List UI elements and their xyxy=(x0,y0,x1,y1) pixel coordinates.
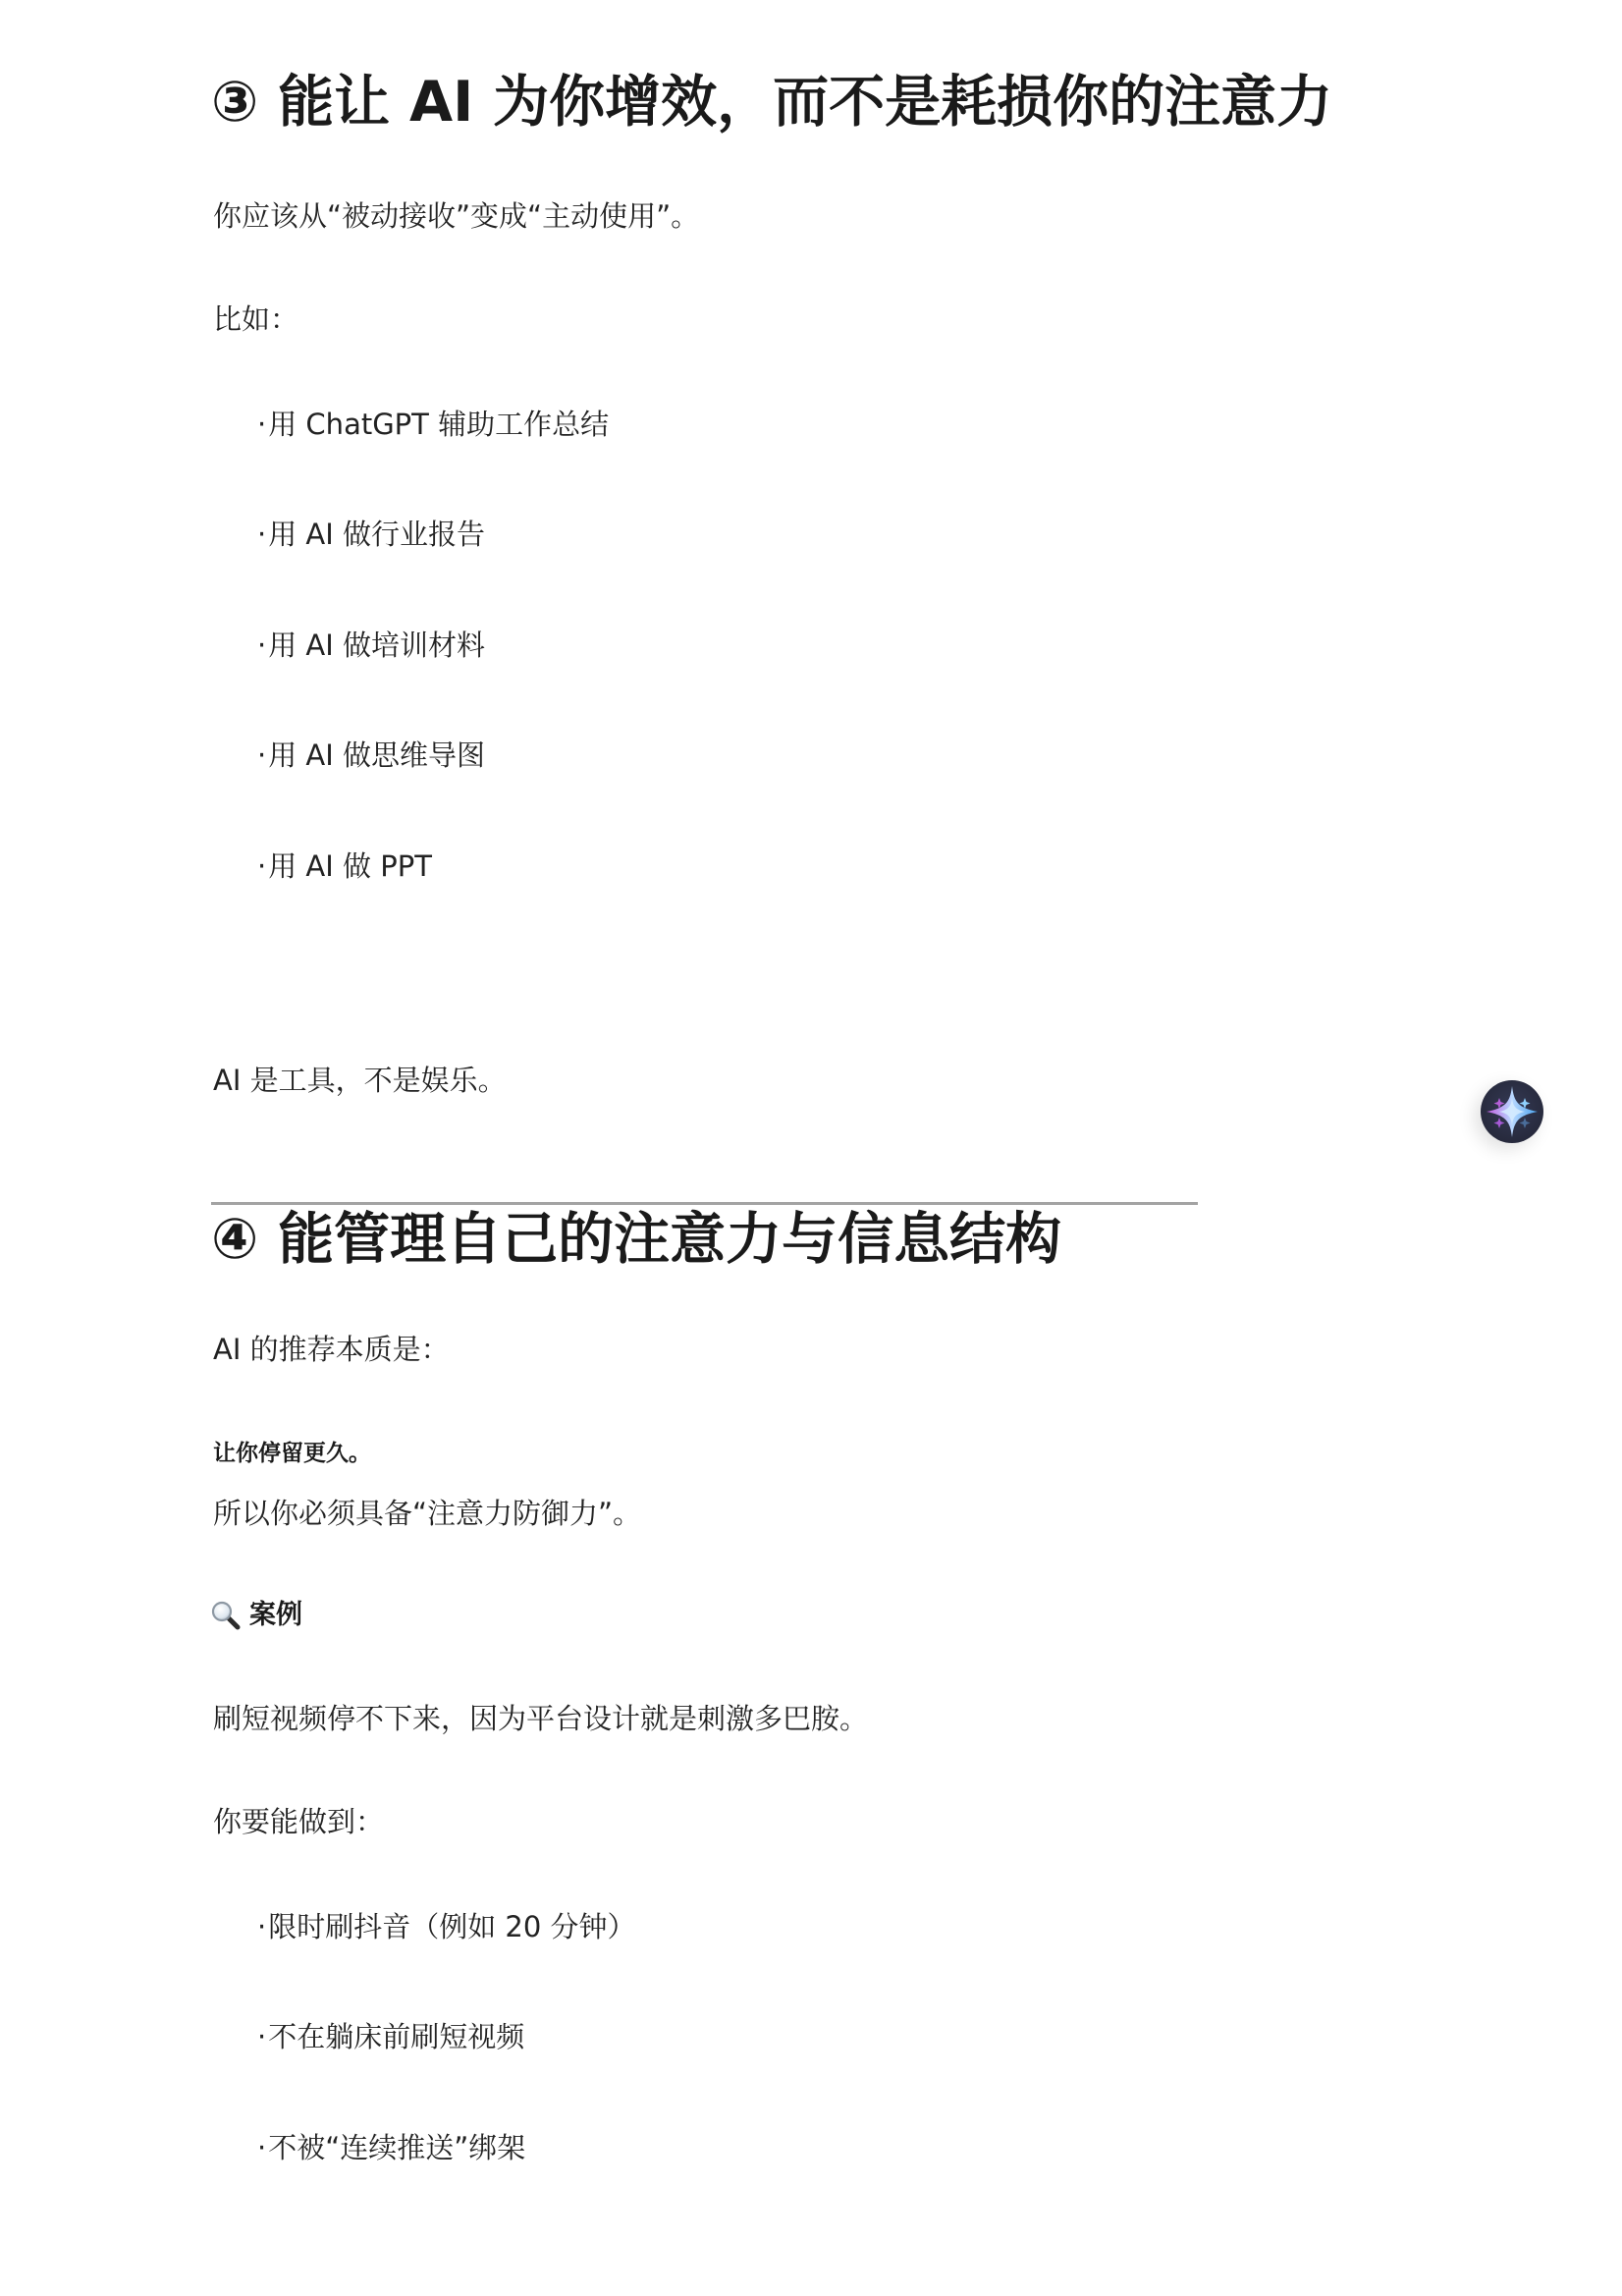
section-3-conclusion: AI 是工具，不是娱乐。 xyxy=(213,1061,507,1100)
section-3-intro: 你应该从“被动接收”变成“主动使用”。 xyxy=(213,196,699,236)
bullet-dot: · xyxy=(257,738,266,772)
section-3-heading: ③ 能让 AI 为你增效，而不是耗损你的注意力 xyxy=(211,67,1332,137)
action-label: 你要能做到： xyxy=(213,1802,384,1841)
case-text: 刷短视频停不下来，因为平台设计就是刺激多巴胺。 xyxy=(213,1699,868,1738)
list-item-text: 用 AI 做 PPT xyxy=(268,849,432,883)
section-4-requirement: 所以你必须具备“注意力防御力”。 xyxy=(213,1494,641,1533)
case-heading: 案例 xyxy=(211,1596,302,1635)
bullet-dot: · xyxy=(257,629,266,662)
list-item: ·不被“连续推送”绑架 xyxy=(257,2128,525,2167)
ai-assistant-button[interactable] xyxy=(1481,1080,1543,1143)
list-item: ·用 ChatGPT 辅助工作总结 xyxy=(257,405,609,444)
example-label: 比如： xyxy=(213,300,298,339)
magnifier-icon xyxy=(211,1601,241,1630)
emphasis-text: 让你停留更久。 xyxy=(213,1437,371,1470)
bullet-dot: · xyxy=(257,2131,266,2164)
list-item-text: 用 AI 做行业报告 xyxy=(268,518,485,551)
case-label: 案例 xyxy=(249,1596,302,1635)
list-item-text: 用 ChatGPT 辅助工作总结 xyxy=(268,408,609,441)
list-item-text: 用 AI 做培训材料 xyxy=(268,629,485,662)
list-item: ·用 AI 做培训材料 xyxy=(257,626,485,665)
list-item: ·用 AI 做行业报告 xyxy=(257,515,485,554)
list-item: ·用 AI 做 PPT xyxy=(257,847,432,886)
list-item-text: 限时刷抖音（例如 20 分钟） xyxy=(268,1910,635,1943)
section-4-heading: ④ 能管理自己的注意力与信息结构 xyxy=(211,1204,1061,1275)
section-4-intro: AI 的推荐本质是： xyxy=(213,1330,450,1369)
list-item-text: 用 AI 做思维导图 xyxy=(268,738,485,772)
list-item: ·用 AI 做思维导图 xyxy=(257,736,485,775)
bullet-dot: · xyxy=(257,408,266,441)
list-item-text: 不被“连续推送”绑架 xyxy=(268,2131,525,2164)
list-item: ·不在躺床前刷短视频 xyxy=(257,2017,524,2056)
list-item-text: 不在躺床前刷短视频 xyxy=(268,2020,524,2053)
bullet-dot: · xyxy=(257,1910,266,1943)
bullet-dot: · xyxy=(257,518,266,551)
ai-sparkle-icon xyxy=(1481,1080,1543,1143)
bullet-dot: · xyxy=(257,2020,266,2053)
list-item: ·限时刷抖音（例如 20 分钟） xyxy=(257,1907,636,1946)
bullet-dot: · xyxy=(257,849,266,883)
